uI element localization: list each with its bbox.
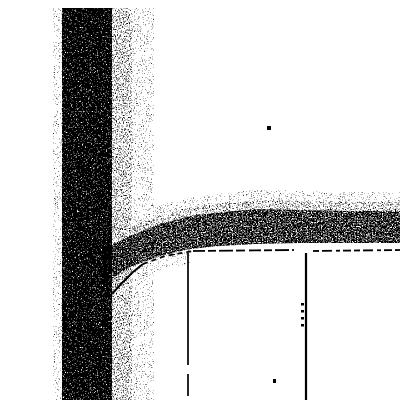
speck-dot (273, 379, 276, 383)
scanned-figure-page (0, 0, 400, 400)
tick-mark (301, 303, 304, 306)
vertical-band-halo-outer (132, 8, 154, 400)
tick-mark (301, 324, 304, 327)
figure-canvas (0, 0, 400, 400)
dense-speckle-layer (62, 8, 112, 400)
speck-dot (267, 126, 271, 130)
tick-mark (301, 310, 304, 313)
asymptote-dashed-line (313, 250, 400, 251)
asymptote-dashed-line (193, 250, 294, 251)
vertical-band-halo-inner (112, 8, 132, 400)
vertical-band-halo-left (53, 8, 62, 400)
vertical-band (62, 8, 112, 400)
tick-mark (301, 317, 304, 320)
